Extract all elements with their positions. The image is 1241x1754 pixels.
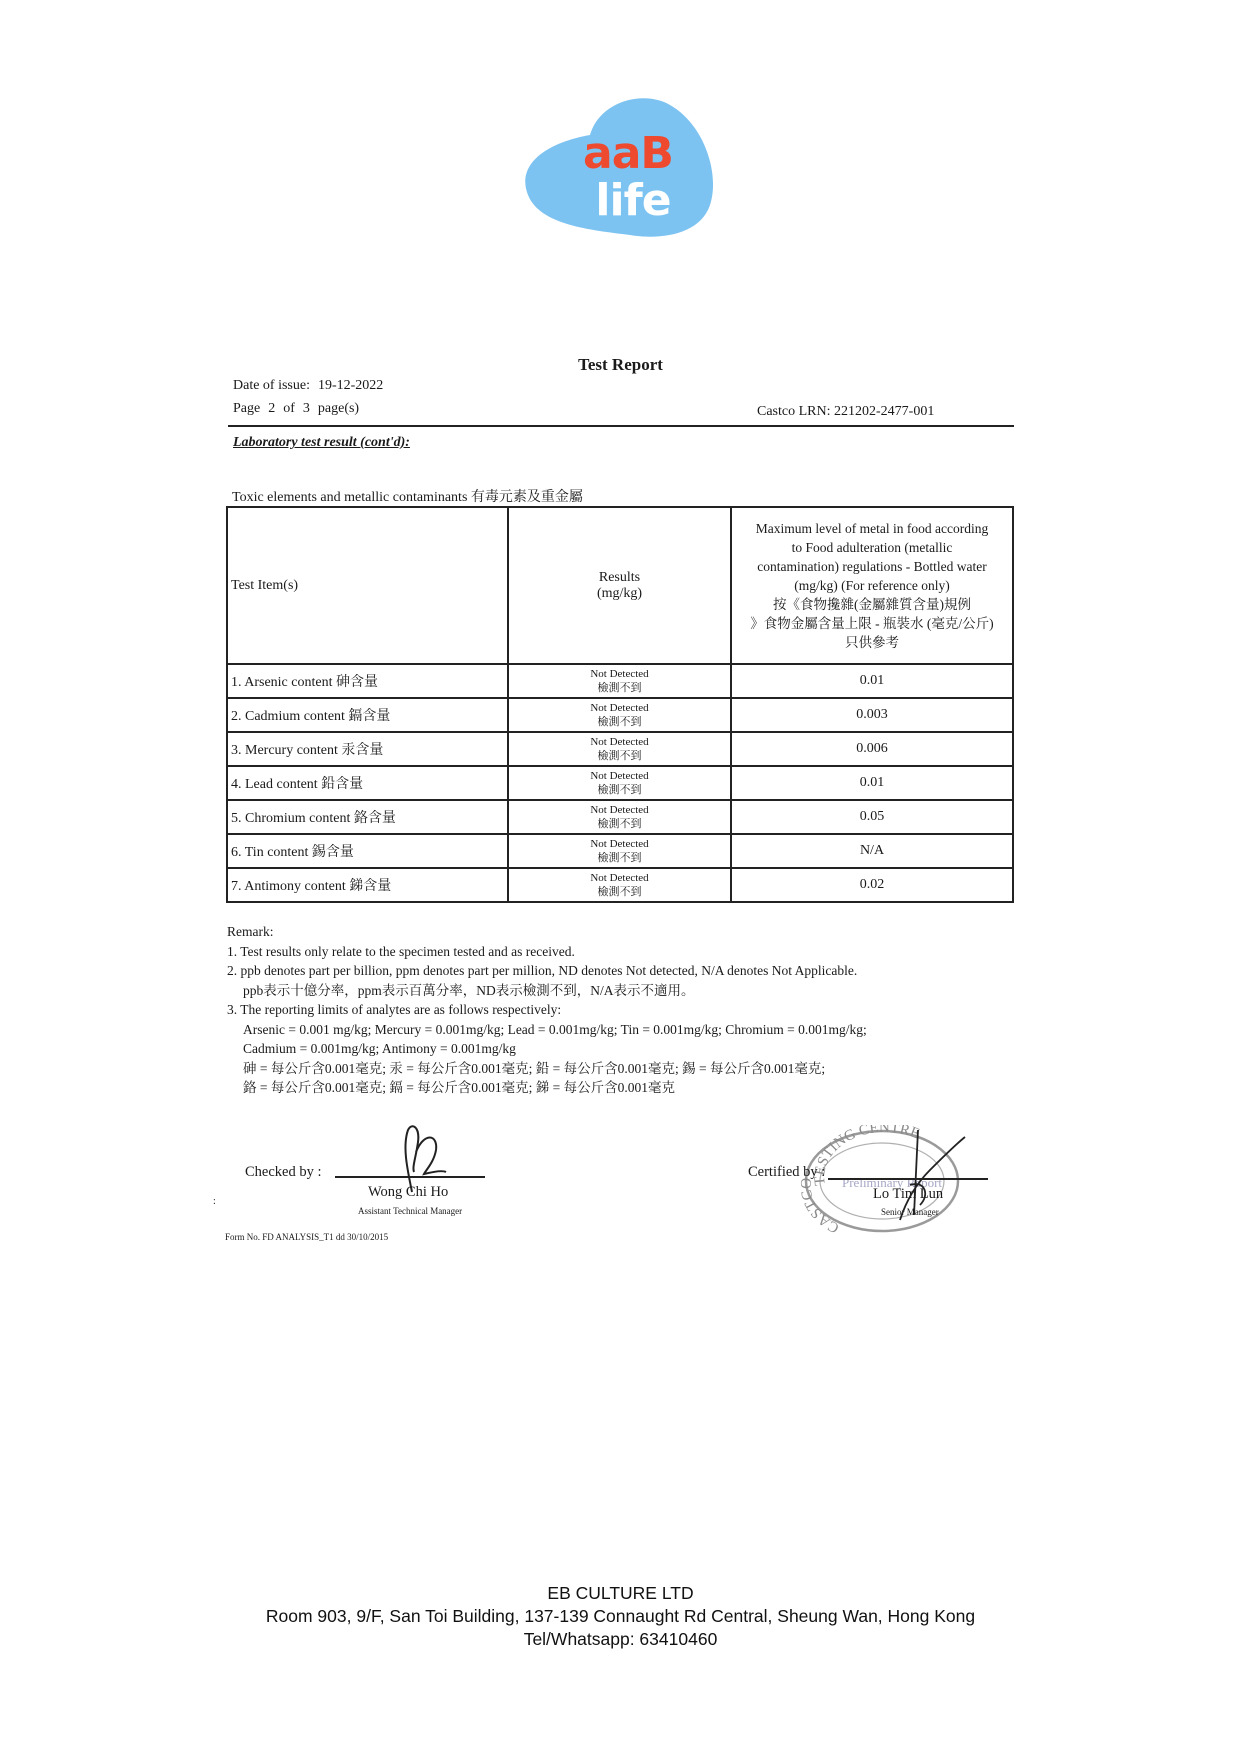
checked-name: Wong Chi Ho <box>368 1184 448 1201</box>
svg-text:aaB: aaB <box>583 128 673 179</box>
table-row: 5. Chromium content 鉻含量Not Detected檢測不到0… <box>227 800 1013 834</box>
form-number: Form No. FD ANALYSIS_T1 dd 30/10/2015 <box>225 1232 388 1242</box>
result-zh: 檢測不到 <box>512 715 727 729</box>
max-level: 0.02 <box>731 868 1013 902</box>
test-item: 7. Antimony content 銻含量 <box>227 868 508 902</box>
aab-life-logo: aaB life <box>520 95 720 240</box>
section-heading: Laboratory test result (cont'd): <box>233 435 410 451</box>
company-footer: EB CULTURE LTD Room 903, 9/F, San Toi Bu… <box>0 1582 1241 1651</box>
result-zh: 檢測不到 <box>512 681 727 695</box>
certified-by-label: Certified by : <box>748 1164 825 1181</box>
max-level: 0.05 <box>731 800 1013 834</box>
max-level: 0.01 <box>731 766 1013 800</box>
table-row: 7. Antimony content 銻含量Not Detected檢測不到0… <box>227 868 1013 902</box>
remark-3-limits-b: Cadmium = 0.001mg/kg; Antimony = 0.001mg… <box>227 1039 1027 1059</box>
result: Not Detected檢測不到 <box>508 800 731 834</box>
remarks-heading: Remark: <box>227 922 1027 942</box>
remark-3-limits-zh-b: 鉻 = 每公斤含0.001毫克; 鎘 = 每公斤含0.001毫克; 銻 = 每公… <box>227 1078 1027 1098</box>
lrn-value: 221202-2477-001 <box>834 404 934 419</box>
header-reference-line: (mg/kg) (For reference only) <box>735 576 1009 595</box>
table-row: 3. Mercury content 汞含量Not Detected檢測不到0.… <box>227 732 1013 766</box>
result-zh: 檢測不到 <box>512 749 727 763</box>
header-divider <box>228 425 1014 427</box>
result-en: Not Detected <box>512 803 727 817</box>
header-results-unit: (mg/kg) <box>512 586 727 602</box>
remarks: Remark: 1. Test results only relate to t… <box>227 922 1027 1098</box>
lrn-label: Castco LRN: <box>757 404 831 419</box>
header-results: Results (mg/kg) <box>508 507 731 664</box>
checked-title: Assistant Technical Manager <box>358 1206 462 1216</box>
date-of-issue: Date of issue:19-12-2022 <box>233 378 391 394</box>
header-reference-line: to Food adulteration (metallic <box>735 538 1009 557</box>
page-of: of <box>283 401 295 416</box>
result-en: Not Detected <box>512 735 727 749</box>
page-indicator: Page2of3page(s) <box>233 401 367 417</box>
certified-signature-icon <box>880 1125 970 1225</box>
header-reference-line: 按《食物攙雜(金屬雜質含量)規例 <box>735 595 1009 614</box>
page-word: Page <box>233 401 260 416</box>
footer-company: EB CULTURE LTD <box>0 1582 1241 1605</box>
page-suffix: page(s) <box>318 401 359 416</box>
footer-contact: Tel/Whatsapp: 63410460 <box>0 1628 1241 1651</box>
logo-graphic: aaB life <box>520 95 720 240</box>
result-en: Not Detected <box>512 667 727 681</box>
test-item: 1. Arsenic content 砷含量 <box>227 664 508 698</box>
castco-lrn: Castco LRN: 221202-2477-001 <box>757 404 934 420</box>
header-results-label: Results <box>512 570 727 586</box>
result-zh: 檢測不到 <box>512 817 727 831</box>
result-en: Not Detected <box>512 701 727 715</box>
page-current: 2 <box>268 401 275 416</box>
remark-2: 2. ppb denotes part per billion, ppm den… <box>227 961 1027 981</box>
svg-text:life: life <box>595 175 670 226</box>
remark-3-limits-a: Arsenic = 0.001 mg/kg; Mercury = 0.001mg… <box>227 1020 1027 1040</box>
remark-1: 1. Test results only relate to the speci… <box>227 942 1027 962</box>
report-title: Test Report <box>0 355 1241 375</box>
date-label: Date of issue: <box>233 378 310 393</box>
margin-mark: : <box>213 1196 216 1207</box>
max-level: N/A <box>731 834 1013 868</box>
table-row: 2. Cadmium content 鎘含量Not Detected檢測不到0.… <box>227 698 1013 732</box>
header-reference-line: 》食物金屬含量上限 - 瓶裝水 (毫克/公斤) <box>735 614 1009 633</box>
result-en: Not Detected <box>512 871 727 885</box>
page-total: 3 <box>303 401 310 416</box>
result: Not Detected檢測不到 <box>508 766 731 800</box>
table-row: 1. Arsenic content 砷含量Not Detected檢測不到0.… <box>227 664 1013 698</box>
test-item: 6. Tin content 錫含量 <box>227 834 508 868</box>
max-level: 0.01 <box>731 664 1013 698</box>
test-item: 4. Lead content 鉛含量 <box>227 766 508 800</box>
result: Not Detected檢測不到 <box>508 664 731 698</box>
result-zh: 檢測不到 <box>512 783 727 797</box>
remark-2-zh: ppb表示十億分率，ppm表示百萬分率，ND表示檢測不到，N/A表示不適用。 <box>227 981 1027 1001</box>
header-reference-limit: Maximum level of metal in food according… <box>731 507 1013 664</box>
table-row: 4. Lead content 鉛含量Not Detected檢測不到0.01 <box>227 766 1013 800</box>
header-test-item: Test Item(s) <box>227 507 508 664</box>
test-item: 3. Mercury content 汞含量 <box>227 732 508 766</box>
header-reference-line: contamination) regulations - Bottled wat… <box>735 557 1009 576</box>
result: Not Detected檢測不到 <box>508 698 731 732</box>
result: Not Detected檢測不到 <box>508 732 731 766</box>
header-reference-line: Maximum level of metal in food according <box>735 519 1009 538</box>
test-item: 5. Chromium content 鉻含量 <box>227 800 508 834</box>
checked-by-label: Checked by : <box>245 1164 322 1181</box>
result-zh: 檢測不到 <box>512 885 727 899</box>
remark-3: 3. The reporting limits of analytes are … <box>227 1000 1027 1020</box>
result-en: Not Detected <box>512 837 727 851</box>
header-reference-line: 只供參考 <box>735 633 1009 652</box>
result: Not Detected檢測不到 <box>508 834 731 868</box>
max-level: 0.006 <box>731 732 1013 766</box>
results-table: Test Item(s) Results (mg/kg) Maximum lev… <box>226 506 1014 903</box>
remark-3-limits-zh-a: 砷 = 每公斤含0.001毫克; 汞 = 每公斤含0.001毫克; 鉛 = 每公… <box>227 1059 1027 1079</box>
result: Not Detected檢測不到 <box>508 868 731 902</box>
date-value: 19-12-2022 <box>318 378 383 393</box>
table-caption: Toxic elements and metallic contaminants… <box>232 486 583 506</box>
footer-address: Room 903, 9/F, San Toi Building, 137-139… <box>0 1605 1241 1628</box>
table-row: 6. Tin content 錫含量Not Detected檢測不到N/A <box>227 834 1013 868</box>
result-zh: 檢測不到 <box>512 851 727 865</box>
test-item: 2. Cadmium content 鎘含量 <box>227 698 508 732</box>
max-level: 0.003 <box>731 698 1013 732</box>
table-header-row: Test Item(s) Results (mg/kg) Maximum lev… <box>227 507 1013 664</box>
result-en: Not Detected <box>512 769 727 783</box>
